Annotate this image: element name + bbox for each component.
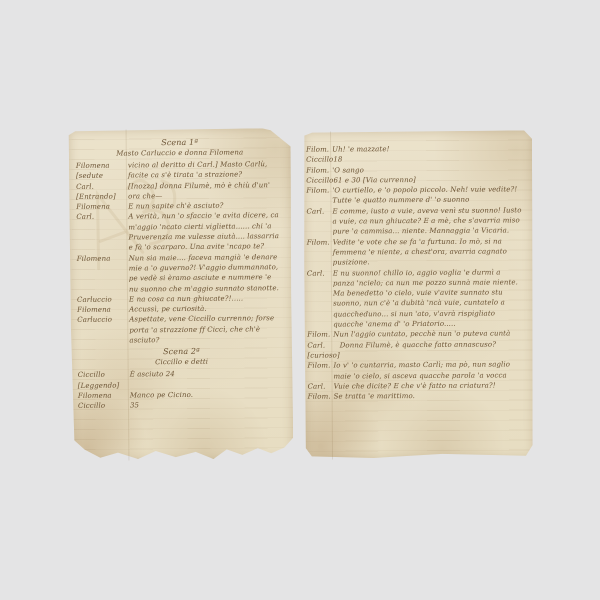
speaker-label: Filom. bbox=[307, 392, 334, 402]
speaker-label: Ciccillo bbox=[77, 401, 130, 412]
speaker-label: Filom. bbox=[306, 330, 333, 340]
script-row: Carl.E nu suonno! chillo io, aggio vogli… bbox=[306, 267, 529, 330]
script-row: Carl. [Entrando][Inozza] donna Filumè, m… bbox=[75, 180, 285, 202]
dialogue-text: Nun sia maie.... faceva mangià 'e denare… bbox=[129, 252, 286, 295]
scene-characters-line-2: Ciccillo e detti bbox=[77, 356, 287, 368]
script-row: Filom.Vedite 'e vote che se fa 'a furtun… bbox=[306, 236, 529, 268]
dialogue-text: [Inozza] donna Filumè, mò è chiù d'un' o… bbox=[128, 180, 285, 202]
speaker-label: Filom. bbox=[305, 186, 332, 207]
dialogue-text: 'O curtiello, e 'o popolo piccolo. Neh! … bbox=[332, 185, 528, 207]
left-entries: Filomena [sedutevicino al deritto di Car… bbox=[75, 159, 287, 346]
manuscript-page-right: Filom.Uh! 'e mazzate!Ciccillo18Filom.'O … bbox=[303, 130, 534, 459]
speaker-label: Filomena bbox=[77, 390, 130, 401]
dialogue-text: Aspettate, vene Ciccillo currenno; forse… bbox=[129, 314, 286, 346]
speaker-label: Filom. bbox=[305, 165, 332, 175]
right-entries: Filom.Uh! 'e mazzate!Ciccillo18Filom.'O … bbox=[305, 143, 530, 402]
photo-of-manuscript: { "colors": { "background": "#e4e4e5", "… bbox=[0, 0, 600, 600]
speaker-label: Carl. bbox=[306, 268, 333, 330]
speaker-label: Carl. [Entrando] bbox=[75, 181, 128, 202]
speaker-label: Carl. bbox=[307, 381, 334, 391]
dialogue-text: Io v' 'o cuntarria, masto Carlì; ma pò, … bbox=[333, 360, 529, 382]
left-entries-2: Ciccillo [Leggendo]È asciuto 24FilomenaM… bbox=[77, 368, 287, 411]
speaker-label: Carluccio bbox=[76, 294, 129, 305]
script-row: FilomenaNun sia maie.... faceva mangià '… bbox=[76, 252, 286, 295]
manuscript-page-left: Scena 1ª Masto Carluccio e donna Filomen… bbox=[69, 128, 294, 461]
script-row: CarluccioAspettate, vene Ciccillo curren… bbox=[76, 314, 286, 347]
page-left-content: Scena 1ª Masto Carluccio e donna Filomen… bbox=[69, 128, 294, 461]
speaker-label: Carluccio bbox=[76, 315, 129, 346]
speaker-label: Carl. bbox=[305, 206, 332, 237]
dialogue-text: E nu suonno! chillo io, aggio voglia 'e … bbox=[333, 267, 529, 330]
speaker-label: Filom. bbox=[306, 237, 333, 268]
speaker-label: Filomena bbox=[76, 305, 129, 316]
script-row: Filom.'O curtiello, e 'o popolo piccolo.… bbox=[305, 185, 528, 207]
speaker-label: Ciccillo bbox=[305, 155, 333, 165]
speaker-label: Ciccillo bbox=[305, 175, 333, 185]
script-row: Filom.Se tratta 'e marittimo. bbox=[307, 390, 530, 402]
dialogue-text: E comme, iusto a vuie, aveva venì stu su… bbox=[332, 205, 528, 237]
script-row: Filomena [sedutevicino al deritto di Car… bbox=[75, 159, 285, 181]
speaker-label: Filom. bbox=[305, 145, 332, 155]
speaker-label: Filomena [sedute bbox=[75, 160, 128, 181]
dialogue-text: Vedite 'e vote che se fa 'a furtuna. Io … bbox=[333, 236, 529, 268]
page-right-content: Filom.Uh! 'e mazzate!Ciccillo18Filom.'O … bbox=[303, 130, 534, 459]
dialogue-text: 35 bbox=[130, 399, 287, 411]
scene-break: Scena 2ª Ciccillo e detti bbox=[76, 345, 286, 368]
script-row: Filom.Io v' 'o cuntarria, masto Carlì; m… bbox=[306, 360, 529, 382]
dialogue-text: vicino al deritto di Carl.] Masto Carlù,… bbox=[128, 159, 285, 181]
speaker-label: Carl. bbox=[75, 212, 128, 254]
script-row: Carl.A verità, nun 'o sfaccio 'e avita d… bbox=[75, 211, 285, 254]
script-row: Ciccillo35 bbox=[77, 399, 287, 411]
dialogue-text: Se tratta 'e marittimo. bbox=[334, 390, 530, 401]
speaker-label: Ciccillo [Leggendo] bbox=[77, 370, 130, 391]
dialogue-text: Donna Filumè, è quacche fatto annascuso? bbox=[340, 339, 530, 361]
script-row: Carl.E comme, iusto a vuie, aveva venì s… bbox=[305, 205, 528, 237]
dialogue-text: A verità, nun 'o sfaccio 'e avita dicere… bbox=[128, 211, 285, 254]
script-row: Carl. [curioso]Donna Filumè, è quacche f… bbox=[306, 339, 529, 361]
speaker-label: Filomena bbox=[75, 202, 128, 213]
script-row: Ciccillo [Leggendo]È asciuto 24 bbox=[77, 368, 287, 390]
speaker-label: Filomena bbox=[76, 253, 129, 295]
dialogue-text: È asciuto 24 bbox=[130, 368, 287, 390]
scene-characters-line: Masto Carluccio e donna Filomena bbox=[75, 147, 285, 159]
speaker-label: Carl. [curioso] bbox=[306, 340, 340, 361]
speaker-label: Filom. bbox=[306, 361, 333, 382]
